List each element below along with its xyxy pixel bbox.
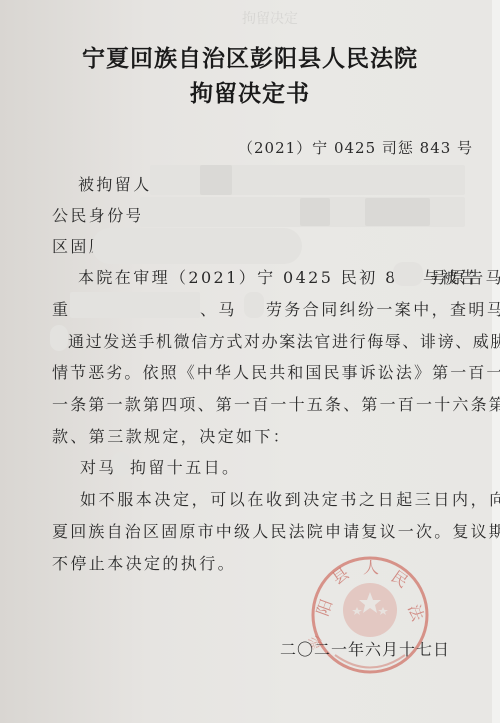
body-p3-line3: 不停止本决定的执行。 xyxy=(52,551,236,574)
document-title: 拘留决定书 xyxy=(0,75,500,108)
body-p1-line4: 情节恶劣。依照《中华人民共和国民事诉讼法》第一百一十 xyxy=(52,360,500,383)
svg-text:法: 法 xyxy=(404,602,428,624)
body-p1-line2-mid: 、马 xyxy=(200,297,237,320)
svg-text:县: 县 xyxy=(328,564,352,589)
redacted-defendant-name xyxy=(70,292,200,318)
redacted-plaintiff-name xyxy=(393,262,423,286)
detainee-label: 被拘留人: xyxy=(78,172,159,195)
body-p1-line5: 一条第一款第四项、第一百一十五条、第一百一十六条第一 xyxy=(52,392,500,415)
redacted-block xyxy=(300,198,330,226)
body-p3-line1: 如不服本决定，可以在收到决定书之日起三日内，向宁 xyxy=(80,487,500,510)
redacted-detainee-name xyxy=(150,165,465,195)
bleed-through-text: 拘留决定 xyxy=(215,8,325,38)
redacted-name xyxy=(50,325,68,351)
redacted-block xyxy=(200,165,232,195)
svg-text:民: 民 xyxy=(388,567,412,592)
body-p1-line2-head: 重 xyxy=(52,297,70,320)
body-p1-line2-tail: 劳务合同纠纷一案中，查明马 xyxy=(266,297,500,320)
redacted-name xyxy=(244,292,264,318)
decision-tail: 拘留十五日。 xyxy=(130,455,240,478)
case-number: （2021）宁 0425 司惩 843 号 xyxy=(238,137,473,158)
redacted-name xyxy=(112,452,130,476)
svg-text:阳: 阳 xyxy=(313,597,336,619)
court-name-title: 宁夏回族自治区彭阳县人民法院 xyxy=(0,40,500,73)
svg-text:人: 人 xyxy=(363,558,379,577)
body-p1-line3: 通过发送手机微信方式对办案法官进行侮辱、诽谤、威胁， xyxy=(68,329,500,352)
issue-date: 二〇二一年六月十七日 xyxy=(280,637,450,660)
body-p3-line2: 夏回族自治区固原市中级人民法院申请复议一次。复议期间， xyxy=(52,519,500,542)
redacted-block xyxy=(365,198,430,226)
redacted-address xyxy=(92,228,302,264)
body-p1-line6: 款、第三款规定，决定如下： xyxy=(52,424,291,447)
body-p1-line1-tail: 与被告 xyxy=(423,265,478,288)
